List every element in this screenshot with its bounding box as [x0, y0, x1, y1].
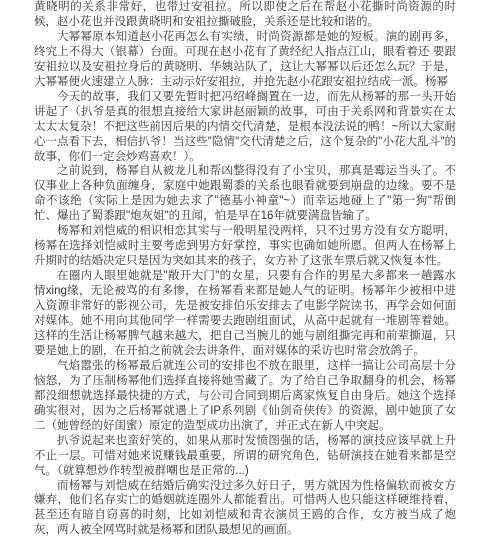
- article-page: 黄晓明的关系非常好，也带过安祖拉。所以即使之后在帮赵小花撕时尚资源的时候，赵小花…: [0, 0, 493, 539]
- paragraph: 黄晓明的关系非常好，也带过安祖拉。所以即使之后在帮赵小花撕时尚资源的时候，赵小花…: [34, 0, 456, 30]
- paragraph: 而杨幂与刘恺威在结婚后确实没过多久好日子，男方就因为性格偏软而被女方嫌弃，他们名…: [34, 479, 456, 539]
- paragraph: 扒爷说起来也蛮好笑的，如果从那时发愤图强的话，杨幂的演技应该早就上升不止一层。可…: [34, 434, 456, 479]
- article-body: 黄晓明的关系非常好，也带过安祖拉。所以即使之后在帮赵小花撕时尚资源的时候，赵小花…: [34, 0, 456, 538]
- paragraph: 杨幂和刘恺威的相识相恋其实与一般明星没两样，只不过男方没有女方聪明，杨幂在选择刘…: [34, 224, 456, 269]
- paragraph: 大幂幂原本知道赵小花再怎么有实绩，时尚资源都是她的短板。演的剧再多，终究上不得大…: [34, 30, 456, 90]
- paragraph: 气焰嚣张的杨幂最后就连公司的安排也不放在眼里，这样一搞让公司高层十分恼怒，为了压…: [34, 359, 456, 434]
- paragraph: 今天的故事，我们又要先暂时把冯绍峰搁置在一边，而先从杨幂的那一头开始讲起了（扒爷…: [34, 90, 456, 165]
- paragraph: 在圈内人眼里她就是"敞开大门"的女星，只要有合作的男星大多都来一趟露水情xing…: [34, 269, 456, 359]
- paragraph: 之前说到，杨幂自从被龙儿和帮凶整得没有了小宝贝，那真是霉运当头了。不仅事业上各种…: [34, 164, 456, 224]
